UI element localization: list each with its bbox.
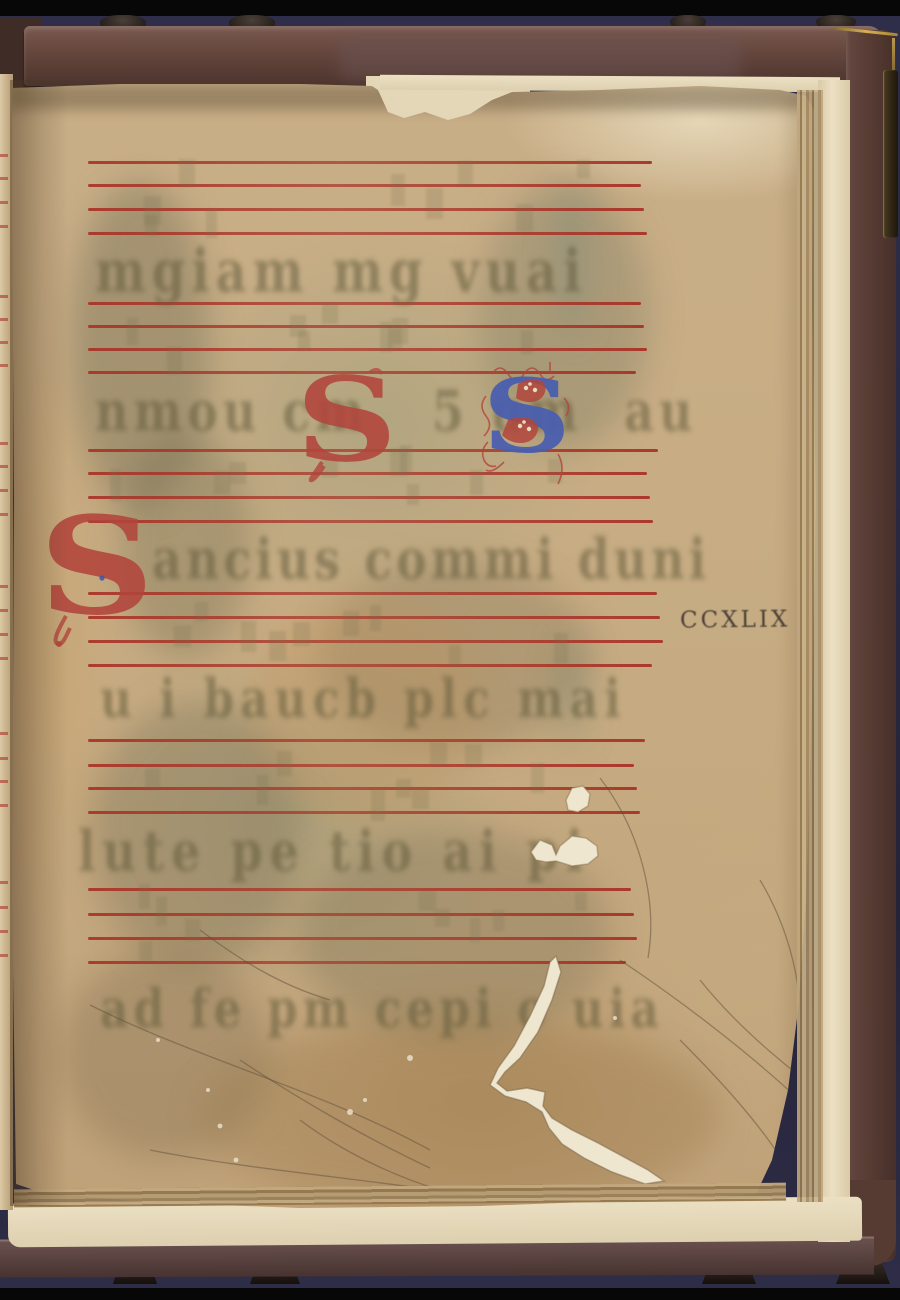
parchment-losses xyxy=(531,786,598,866)
gutter-shadow xyxy=(10,80,68,1206)
gutter-stave-stub xyxy=(0,489,8,492)
crack-lines xyxy=(90,778,846,1197)
gutter-stave-stub xyxy=(0,341,8,344)
manuscript-photo: mgiam mg vuainmou cm 5 um auancius commi… xyxy=(0,0,900,1300)
clasp-remnant xyxy=(883,70,898,238)
gutter-stave-stub xyxy=(0,780,8,783)
gutter-stave-stub xyxy=(0,609,8,612)
gutter-stave-stub xyxy=(0,177,8,180)
gutter-stave-stub xyxy=(0,657,8,660)
cover-top-sheen xyxy=(340,36,740,80)
gutter-stave-stub xyxy=(0,757,8,760)
gutter-stave-stub xyxy=(0,513,8,516)
gutter-stave-stub xyxy=(0,633,8,636)
gutter-stave-stub xyxy=(0,930,8,933)
gutter-stave-stub xyxy=(0,465,8,468)
manuscript-page: mgiam mg vuainmou cm 5 um auancius commi… xyxy=(0,0,900,1300)
gutter-stave-stub xyxy=(0,318,8,321)
gutter-stave-stub xyxy=(0,201,8,204)
white-specks xyxy=(156,1016,617,1162)
gutter-stave-stub xyxy=(0,585,8,588)
damage-overlay xyxy=(0,0,900,1300)
gutter-stave-stub xyxy=(0,732,8,735)
gutter-stave-stub xyxy=(0,906,8,909)
gutter-stave-stub xyxy=(0,295,8,298)
page-edge-streaks-right xyxy=(797,90,823,1202)
gutter-stave-stub xyxy=(0,954,8,957)
parchment-tear xyxy=(490,956,664,1184)
gutter-stave-stub xyxy=(0,364,8,367)
gutter-stave-stub xyxy=(0,442,8,445)
gutter-stave-stub xyxy=(0,804,8,807)
gutter-stave-stub xyxy=(0,225,8,228)
gutter-stave-stub xyxy=(0,881,8,884)
gutter-stave-stub xyxy=(0,154,8,157)
